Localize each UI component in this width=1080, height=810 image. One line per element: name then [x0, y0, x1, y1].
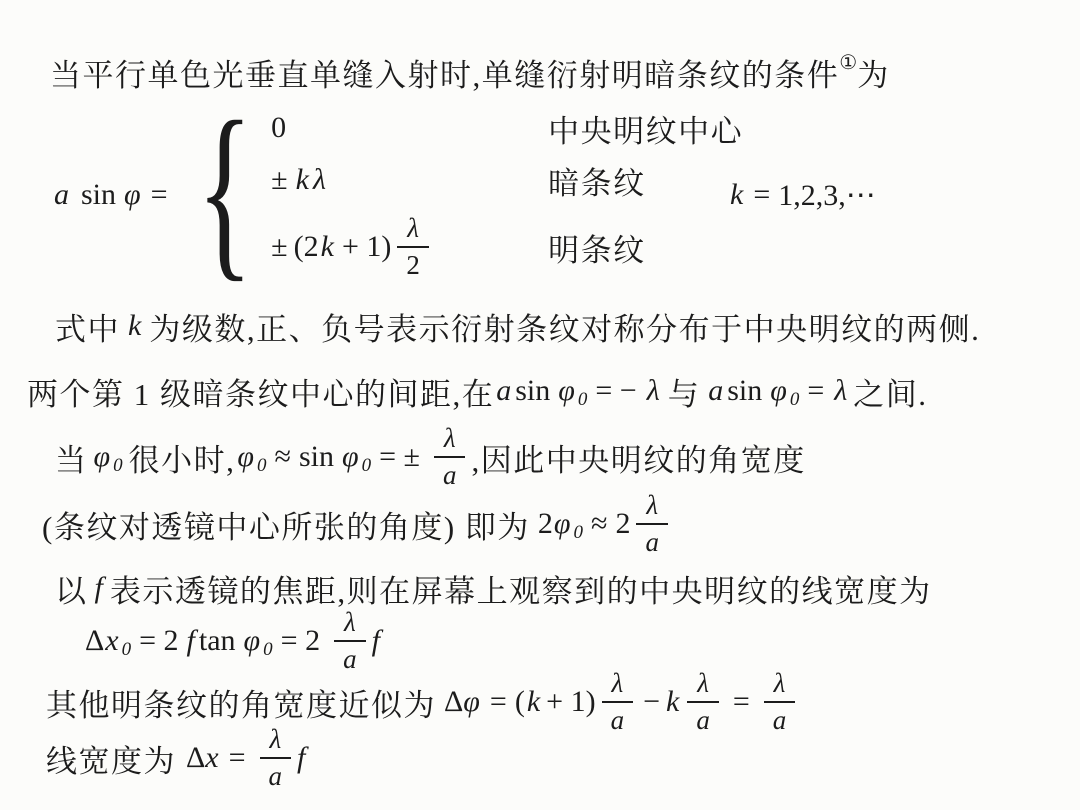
- fraction-lambda-over-a: λ a: [764, 670, 796, 735]
- equals-minus: = −: [595, 374, 636, 408]
- delta-symbol: Δ: [85, 624, 104, 658]
- math-var-f: f: [372, 624, 380, 658]
- math-var-k: k: [296, 163, 309, 197]
- case-expr-dark: ± k λ: [271, 163, 548, 197]
- fraction-denominator: a: [636, 523, 668, 557]
- fraction-numerator: λ: [265, 726, 285, 757]
- case-label-central: 中央明纹中心: [548, 106, 743, 151]
- fraction-numerator: λ: [607, 670, 627, 701]
- math-var-phi: φ: [244, 624, 261, 658]
- subscript-zero: 0: [257, 455, 267, 477]
- case-expr-central: 0: [271, 111, 548, 145]
- small-angle-text2: 很小时,: [129, 435, 236, 480]
- focal-length-line: 以 f 表示透镜的焦距,则在屏幕上观察到的中央明纹的线宽度为: [55, 567, 932, 609]
- math-var-phi: φ: [94, 440, 111, 474]
- paren-close-plus1: + 1): [342, 230, 391, 264]
- subscript-zero: 0: [574, 522, 584, 544]
- math-zero: 0: [271, 111, 286, 145]
- approx-sign: ≈: [274, 440, 290, 474]
- math-var-k: k: [128, 309, 141, 343]
- paren-open-2: (2: [294, 230, 319, 264]
- fraction-denominator: a: [334, 640, 366, 674]
- fraction-numerator: λ: [440, 425, 460, 456]
- sin-operator: sin: [299, 440, 334, 474]
- equals-plusminus: = ±: [379, 440, 420, 474]
- equals-two: = 2: [281, 624, 320, 658]
- fraction-denominator: a: [260, 757, 292, 791]
- cases-column: 0 中央明纹中心 ± k λ 暗条纹 ± (2 k + 1) λ 2: [271, 111, 743, 279]
- sin-operator: sin: [727, 374, 762, 408]
- math-var-k: k: [527, 685, 540, 719]
- math-var-phi: φ: [770, 374, 787, 408]
- math-var-f: f: [95, 571, 103, 605]
- case-expr-bright: ± (2 k + 1) λ 2: [271, 215, 548, 280]
- math-var-a: a: [708, 374, 723, 408]
- equals-sign: =: [807, 374, 824, 408]
- fraction-lambda-over-2: λ 2: [397, 215, 429, 280]
- fraction-lambda-over-a: λ a: [434, 425, 466, 490]
- subscript-zero: 0: [263, 639, 273, 661]
- small-angle-text3: ,因此中央明纹的角宽度: [471, 435, 805, 480]
- spacing-text3: 之间.: [853, 369, 927, 414]
- series-note-text2: 为级数,正、负号表示衍射条纹对称分布于中央明纹的两侧.: [149, 304, 980, 349]
- math-two: 2: [538, 507, 553, 541]
- fraction-lambda-over-a: λ a: [602, 670, 634, 735]
- delta-symbol: Δ: [186, 741, 205, 775]
- angular-width-text: (条纹对透镜中心所张的角度) 即为: [42, 502, 530, 547]
- fraction-denominator: a: [434, 456, 466, 490]
- equals-sign: =: [229, 741, 246, 775]
- subscript-zero: 0: [790, 389, 800, 411]
- intro-line: 当平行单色光垂直单缝入射时,单缝衍射明暗条纹的条件 ① 为: [50, 52, 890, 92]
- subscript-zero: 0: [362, 455, 372, 477]
- math-var-phi: φ: [124, 178, 141, 212]
- math-var-phi: φ: [237, 440, 254, 474]
- math-two: 2: [615, 507, 630, 541]
- math-var-lambda: λ: [313, 163, 326, 197]
- subscript-zero: 0: [113, 455, 123, 477]
- angular-width-line: (条纹对透镜中心所张的角度) 即为 2 φ0 ≈ 2 λ a: [42, 492, 674, 556]
- fraction-denominator: a: [602, 701, 634, 735]
- plus-minus-sign: ±: [271, 163, 287, 197]
- small-angle-line: 当 φ0 很小时, φ0 ≈ sin φ0 = ± λ a ,因此中央明纹的角宽…: [55, 424, 806, 490]
- central-linewidth-formula-line: Δ x0 = 2 f tan φ0 = 2 λ a f: [85, 611, 382, 671]
- approx-sign: ≈: [591, 507, 607, 541]
- sin-operator: sin: [81, 178, 116, 212]
- small-angle-text1: 当: [55, 435, 88, 480]
- sin-operator: sin: [515, 374, 550, 408]
- fraction-numerator: λ: [403, 215, 423, 246]
- intro-tail: 为: [857, 50, 890, 95]
- series-note-line: 式中 k 为级数,正、负号表示衍射条纹对称分布于中央明纹的两侧.: [55, 305, 980, 347]
- fraction-numerator: λ: [693, 670, 713, 701]
- case-label-dark: 暗条纹: [548, 158, 646, 203]
- series-note-text1: 式中: [55, 304, 120, 349]
- math-var-x: x: [105, 624, 118, 658]
- footnote-mark: ①: [839, 50, 857, 75]
- math-var-x: x: [205, 741, 218, 775]
- case-row-bright: ± (2 k + 1) λ 2 明条纹: [271, 215, 743, 279]
- math-var-phi: φ: [554, 507, 571, 541]
- equals-sign: =: [490, 685, 507, 719]
- delta-symbol: Δ: [444, 685, 463, 719]
- fraction-denominator: a: [687, 701, 719, 735]
- math-var-f: f: [187, 624, 195, 658]
- fraction-numerator: λ: [340, 609, 360, 640]
- dark-fringe-spacing-line: 两个第 1 级暗条纹中心的间距,在 a sin φ0 = − λ 与 a sin…: [27, 369, 928, 413]
- math-var-k: k: [666, 685, 679, 719]
- fraction-lambda-over-a: λ a: [260, 726, 292, 791]
- subscript-zero: 0: [122, 639, 132, 661]
- case-row-central: 0 中央明纹中心: [271, 111, 743, 145]
- math-var-phi: φ: [342, 440, 359, 474]
- diffraction-cases-equation: a sin φ = { 0 中央明纹中心 ± k λ 暗条纹 ± (2 k + …: [52, 105, 743, 285]
- other-fringes-width-line: 其他明条纹的角宽度近似为 Δ φ = ( k + 1) λ a − k λ a …: [46, 672, 801, 732]
- k-range-line: k = 1,2,3,⋯: [728, 176, 876, 214]
- fraction-numerator: λ: [770, 670, 790, 701]
- math-var-phi: φ: [463, 685, 480, 719]
- paren-close-plus1: + 1): [546, 685, 595, 719]
- math-var-a: a: [54, 178, 69, 212]
- equals-two: = 2: [139, 624, 178, 658]
- subscript-zero: 0: [578, 389, 588, 411]
- paren-open: (: [515, 685, 525, 719]
- math-var-a: a: [496, 374, 511, 408]
- case-row-dark: ± k λ 暗条纹: [271, 163, 743, 197]
- plus-minus-sign: ±: [271, 230, 287, 264]
- other-linewidth-text: 线宽度为: [46, 736, 176, 781]
- case-label-bright: 明条纹: [548, 225, 646, 270]
- equals-sign: =: [733, 685, 750, 719]
- fraction-lambda-over-a: λ a: [636, 492, 668, 557]
- cases-brace: {: [196, 93, 252, 288]
- fraction-denominator: 2: [397, 246, 429, 280]
- focal-text1: 以: [55, 566, 88, 611]
- math-var-phi: φ: [558, 374, 575, 408]
- other-linewidth-line: 线宽度为 Δ x = λ a f: [46, 729, 307, 787]
- tan-operator: tan: [199, 624, 236, 658]
- focal-text2: 表示透镜的焦距,则在屏幕上观察到的中央明纹的线宽度为: [110, 566, 932, 611]
- spacing-text2: 与: [668, 369, 701, 414]
- fraction-lambda-over-a: λ a: [687, 670, 719, 735]
- fraction-numerator: λ: [642, 492, 662, 523]
- math-var-f: f: [297, 741, 305, 775]
- equals-sign: =: [753, 178, 770, 212]
- equals-sign: =: [151, 178, 168, 212]
- math-var-k: k: [730, 178, 743, 212]
- math-var-k: k: [321, 230, 334, 264]
- intro-text: 当平行单色光垂直单缝入射时,单缝衍射明暗条纹的条件: [50, 50, 839, 95]
- k-values: 1,2,3,⋯: [778, 178, 876, 213]
- minus-sign: −: [643, 685, 660, 719]
- spacing-text1: 两个第 1 级暗条纹中心的间距,在: [27, 369, 494, 414]
- math-var-lambda: λ: [834, 374, 847, 408]
- fraction-lambda-over-a: λ a: [334, 609, 366, 674]
- math-var-lambda: λ: [647, 374, 660, 408]
- fraction-denominator: a: [764, 701, 796, 735]
- other-fringes-text: 其他明条纹的角宽度近似为: [46, 680, 436, 725]
